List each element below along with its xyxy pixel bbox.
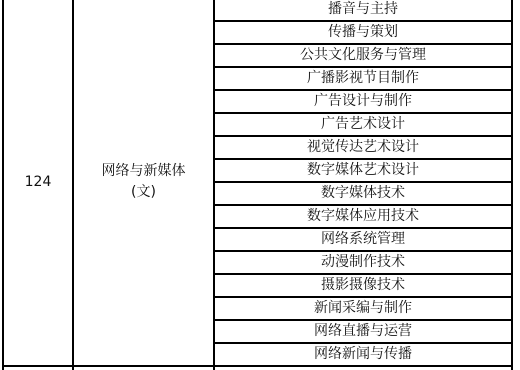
major-cell: 播音与主持 — [214, 0, 512, 21]
major-cell: 广告艺术设计 — [214, 113, 512, 136]
majors-table: 124 网络与新媒体(文) 播音与主持 传播与策划 公共文化服务与管理 广播影视… — [2, 0, 513, 370]
category-type: (文) — [131, 184, 156, 200]
row-number-cell: 124 — [3, 0, 73, 366]
major-cell: 公共文化服务与管理 — [214, 44, 512, 67]
major-cell: 摄影摄像技术 — [214, 274, 512, 297]
empty-cell — [3, 366, 73, 370]
major-cell: 广告设计与制作 — [214, 90, 512, 113]
row-number: 124 — [25, 174, 52, 190]
major-cell: 广播影视节目制作 — [214, 67, 512, 90]
empty-cell — [73, 366, 214, 370]
major-cell: 动漫制作技术 — [214, 251, 512, 274]
major-cell: 数字媒体应用技术 — [214, 205, 512, 228]
major-cell: 网络直播与运营 — [214, 320, 512, 343]
major-cell: 数字媒体艺术设计 — [214, 159, 512, 182]
major-cell: 视觉传达艺术设计 — [214, 136, 512, 159]
table-row: 124 网络与新媒体(文) 播音与主持 — [3, 0, 512, 21]
major-cell: 传播与策划 — [214, 21, 512, 44]
major-cell: 网络新闻与传播 — [214, 343, 512, 366]
table-row-next — [3, 366, 512, 370]
category-name: 网络与新媒体 — [102, 163, 186, 179]
empty-cell — [214, 366, 512, 370]
category-cell: 网络与新媒体(文) — [73, 0, 214, 366]
major-cell: 数字媒体技术 — [214, 182, 512, 205]
major-cell: 网络系统管理 — [214, 228, 512, 251]
major-cell: 新闻采编与制作 — [214, 297, 512, 320]
